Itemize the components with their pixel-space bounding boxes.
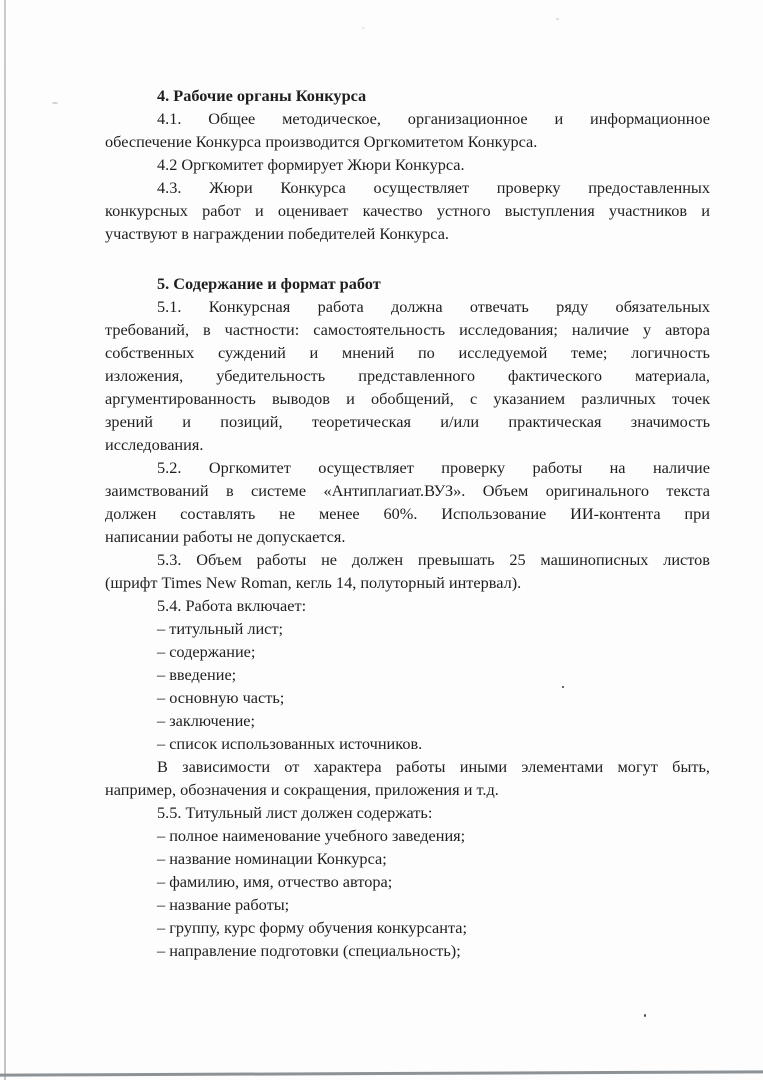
list-item: – направление подготовки (специальность)… (105, 939, 710, 962)
list-item: – содержание; (105, 640, 710, 663)
list-item: – полное наименование учебного заведения… (105, 824, 710, 847)
paragraph-line: участвуют в награждении победителей Конк… (105, 222, 710, 245)
scan-speck (562, 686, 564, 688)
paragraph-line: 5.3. Объем работы не должен превышать 25… (105, 548, 710, 571)
list-item: – название работы; (105, 893, 710, 916)
paragraph-line: зрений и позиций, теоретическая и/или пр… (105, 410, 710, 433)
paragraph-line: например, обозначения и сокращения, прил… (105, 778, 710, 801)
scan-speck (52, 102, 58, 104)
paragraph-line: аргументированность выводов и обобщений,… (105, 387, 710, 410)
list-item: – титульный лист; (105, 617, 710, 640)
paragraph-line: 5.1. Конкурсная работа должна отвечать р… (105, 295, 710, 318)
list-item: – фамилию, имя, отчество автора; (105, 870, 710, 893)
list-item: – заключение; (105, 709, 710, 732)
document-text-block: 4. Рабочие органы Конкурса4.1. Общее мет… (105, 84, 710, 962)
scanned-document-page: 4. Рабочие органы Конкурса4.1. Общее мет… (0, 0, 763, 1080)
paragraph-line: (шрифт Times New Roman, кегль 14, полуто… (105, 571, 710, 594)
paragraph-line: 5.4. Работа включает: (105, 594, 710, 617)
paragraph-line: В зависимости от характера работы иными … (105, 755, 710, 778)
paragraph-line: 4.1. Общее методическое, организационное… (105, 107, 710, 130)
section-heading: 4. Рабочие органы Конкурса (105, 84, 710, 107)
list-item: – название номинации Конкурса; (105, 847, 710, 870)
page-bottom-edge-shadow (0, 1070, 763, 1076)
paragraph-line: должен составлять не менее 60%. Использо… (105, 502, 710, 525)
paragraph-line: изложения, убедительность представленног… (105, 364, 710, 387)
list-item: – основную часть; (105, 686, 710, 709)
paragraph-line: требований, в частности: самостоятельнос… (105, 318, 710, 341)
page-left-edge-shadow (4, 0, 6, 1080)
paragraph-line: написании работы не допускается. (105, 525, 710, 548)
paragraph-line: 4.2 Оргкомитет формирует Жюри Конкурса. (105, 153, 710, 176)
list-item: – введение; (105, 663, 710, 686)
paragraph-line: 4.3. Жюри Конкурса осуществляет проверку… (105, 176, 710, 199)
scan-speck (362, 27, 365, 29)
paragraph-line: конкурсных работ и оценивает качество ус… (105, 199, 710, 222)
paragraph-line: 5.2. Оргкомитет осуществляет проверку ра… (105, 456, 710, 479)
section-heading: 5. Содержание и формат работ (105, 272, 710, 295)
section-spacer (105, 245, 710, 272)
scan-speck (644, 1014, 646, 1017)
scan-speck (556, 18, 559, 20)
paragraph-line: собственных суждений и мнений по исследу… (105, 341, 710, 364)
paragraph-line: заимствований в системе «Антиплагиат.ВУЗ… (105, 479, 710, 502)
paragraph-line: обеспечение Конкурса производится Оргком… (105, 130, 710, 153)
list-item: – группу, курс форму обучения конкурсант… (105, 916, 710, 939)
paragraph-line: исследования. (105, 433, 710, 456)
list-item: – список использованных источников. (105, 732, 710, 755)
paragraph-line: 5.5. Титульный лист должен содержать: (105, 801, 710, 824)
